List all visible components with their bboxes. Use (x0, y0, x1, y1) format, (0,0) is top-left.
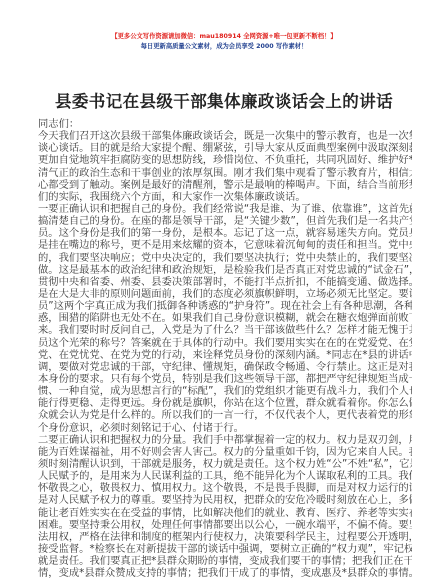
paragraph-line: 是挂在嘴边的称号，更不是用来炫耀的资本，它意味着沉甸甸的责任和担当。党中央提倡 (38, 239, 412, 251)
document-page: 【更多公文写作资源请加微信：mau180914 全网资源+唯一包更新不断档！】 … (0, 0, 448, 580)
document-title: 县委书记在县级干部集体廉政谈话会上的讲话 (0, 88, 448, 112)
paragraph-line: 搞清楚自己的身份。在座的都是领导干部，是“关键少数”，但首先我们是一名共产党 (38, 215, 412, 227)
paragraph-line: 更加自觉地筑牢拒腐防变的思想防线，珍惜岗位、不负重托，共同巩固好、维护好*县风 (38, 154, 412, 166)
paragraph-line: 众就会认为党是什么样的。所以我们的一言一行，不仅代表个人，更代表着党的形象。这 (38, 409, 412, 421)
paragraph-line: 是对人民赋予权力的尊重。要坚持为民用权，把群众的安危冷暖时刻放在心上，多做那些 (38, 494, 412, 506)
paragraph-line: 员”这两个字真正成为我们抵御各种诱惑的“护身符”。现在社会上有各种思潮，各种诱 (38, 300, 412, 312)
paragraph-line: 是在大是大非的原则问题面前，我们的态度必须旗帜鲜明，立场必须无比坚定。要让“党 (38, 288, 412, 300)
paragraph-line: 须时刻清醒认识到，干部就是服务，权力就是责任。这个权力姓“公”不姓“私”，它是 (38, 458, 412, 470)
paragraph-line: 二要正确认识和把握权力的分量。我们手中都掌握着一定的权力。权力是双刃剑，用好了 (38, 434, 412, 446)
salutation: 同志们： (38, 118, 412, 130)
paragraph-line: 能行得更稳、走得更远。身份就是旗帜，你站在这个位置，群众就看着你。你怎么做，群 (38, 397, 412, 409)
paragraph-line: 的，我们要坚决响应；党中央决定的，我们要坚决执行；党中央禁止的，我们要坚决不 (38, 252, 412, 264)
paragraph-line: 个身份意识，必须时刻铭记于心、付诸于行。 (38, 422, 412, 434)
paragraph-line: 来。我们要时时反问自己，入党是为了什么？当干部该做些什么？怎样才能无愧于共产党 (38, 324, 412, 336)
paragraph-line: 员这个光荣的称号？答案就在于具体的行动中。我们要用实实在在的在党爱党、在党言 (38, 337, 412, 349)
paragraph-line: 困难。要坚持秉公用权，处理任何事情都要出以公心，一碗水端平，不偏不倚。要坚持依 (38, 519, 412, 531)
paragraph-line: 清气正的政治生态和干事创业的浓厚氛围。刚才我们集中观看了警示教育片，相信大家内 (38, 167, 412, 179)
paragraph-line: 党、在党忧党、在党为党的行动，来诠释党员身份的深刻内涵。*同志在*县的讲话中强 (38, 349, 412, 361)
paragraph-line: 惑，围猎的陷阱也无处不在。如果我们自己身份意识模糊，就会在糖衣炮弹面前败下阵 (38, 312, 412, 324)
paragraph-line: 惯、一种自觉，成为思想言行的“标配”，我们的党组织才能更有战斗力，我们个人也才 (38, 385, 412, 397)
document-body: 同志们：今天我们召开这次县级干部集体廉政谈话会，既是一次集中的警示教育，也是一次… (38, 118, 412, 579)
promo-banner-membership: 每日更新高质量公文素材，成为会员享受 2000 写作素材！ (0, 41, 448, 50)
paragraph-line: 情，变成*县群众赞成支持的事情；把我们干成了的事情，变成惠及*县群众的事情。这是 (38, 567, 412, 579)
paragraph-line: 一要正确认识和把握自己的身份。我们经常说“我是谁、为了谁、依靠谁”，这首先就要 (38, 203, 412, 215)
paragraph-line: 能为百姓谋福祉，用不好则会害人害己。权力的分量重如千钧，因为它来自人民。我们必 (38, 446, 412, 458)
promo-banner-wechat: 【更多公文写作资源请加微信：mau180914 全网资源+唯一包更新不断档！】 (0, 31, 448, 40)
paragraph-line: 人民赋予的，是用来为人民谋利益的工具，绝不能异化为个人谋取私利的工具。我们要常 (38, 470, 412, 482)
paragraph-line: 们的实际，我围绕六个方面，和大家作一次集体廉政谈话。 (38, 191, 412, 203)
paragraph-line: 员。这个身份是我们的第一身份，是根本。忘记了这一点，就容易迷失方向。党员身份不 (38, 227, 412, 239)
paragraph-line: 心都受到了触动。案例是最好的清醒剂，警示是最响的棒喝声。下面，结合当前形势和我 (38, 179, 412, 191)
paragraph-line: 本身份的要求。只有每个党员，特别是我们这些领导干部，都把严守纪律规矩当成一种习 (38, 373, 412, 385)
paragraph-line: 就是责任。我们要真正把*县群众期盼的事情，变成我们要干的事情；把我们正在干的事 (38, 555, 412, 567)
paragraph-line: 今天我们召开这次县级干部集体廉政谈话会，既是一次集中的警示教育，也是一次集体的 (38, 130, 412, 142)
paragraph-line: 能让老百姓实实在在受益的事情，比如解决他们的就业、教育、医疗、养老等实实在在的 (38, 507, 412, 519)
paragraph-line: 怀敬畏之心，敬畏权力、慎用权力。这个敬畏，不是畏手畏脚，而是对权力运行的谨慎， (38, 482, 412, 494)
paragraph-line: 调，要做对党忠诚的干部，守纪律、懂规矩，确保政令畅通、令行禁止。这正是对我们基 (38, 361, 412, 373)
paragraph-line: 法用权，严格在法律和制度的框架内行使权力，决策要科学民主，过程要公开透明，自觉 (38, 531, 412, 543)
paragraph-line: 接受监督。*检察长在对新提拔干部的谈话中强调，要树立正确的“权力观”，牢记权力 (38, 543, 412, 555)
paragraph-line: 贯彻中央和省委、州委、县委决策部署时，不能打半点折扣，不能搞变通、做选择。特别 (38, 276, 412, 288)
paragraph-line: 做。这是最基本的政治纪律和政治规矩，是检验我们是否真正对党忠诚的“试金石”，在 (38, 264, 412, 276)
paragraph-line: 谈心谈话。目的就是给大家提个醒、绷紧弦，引导大家从反面典型案例中汲取深刻教训， (38, 142, 412, 154)
